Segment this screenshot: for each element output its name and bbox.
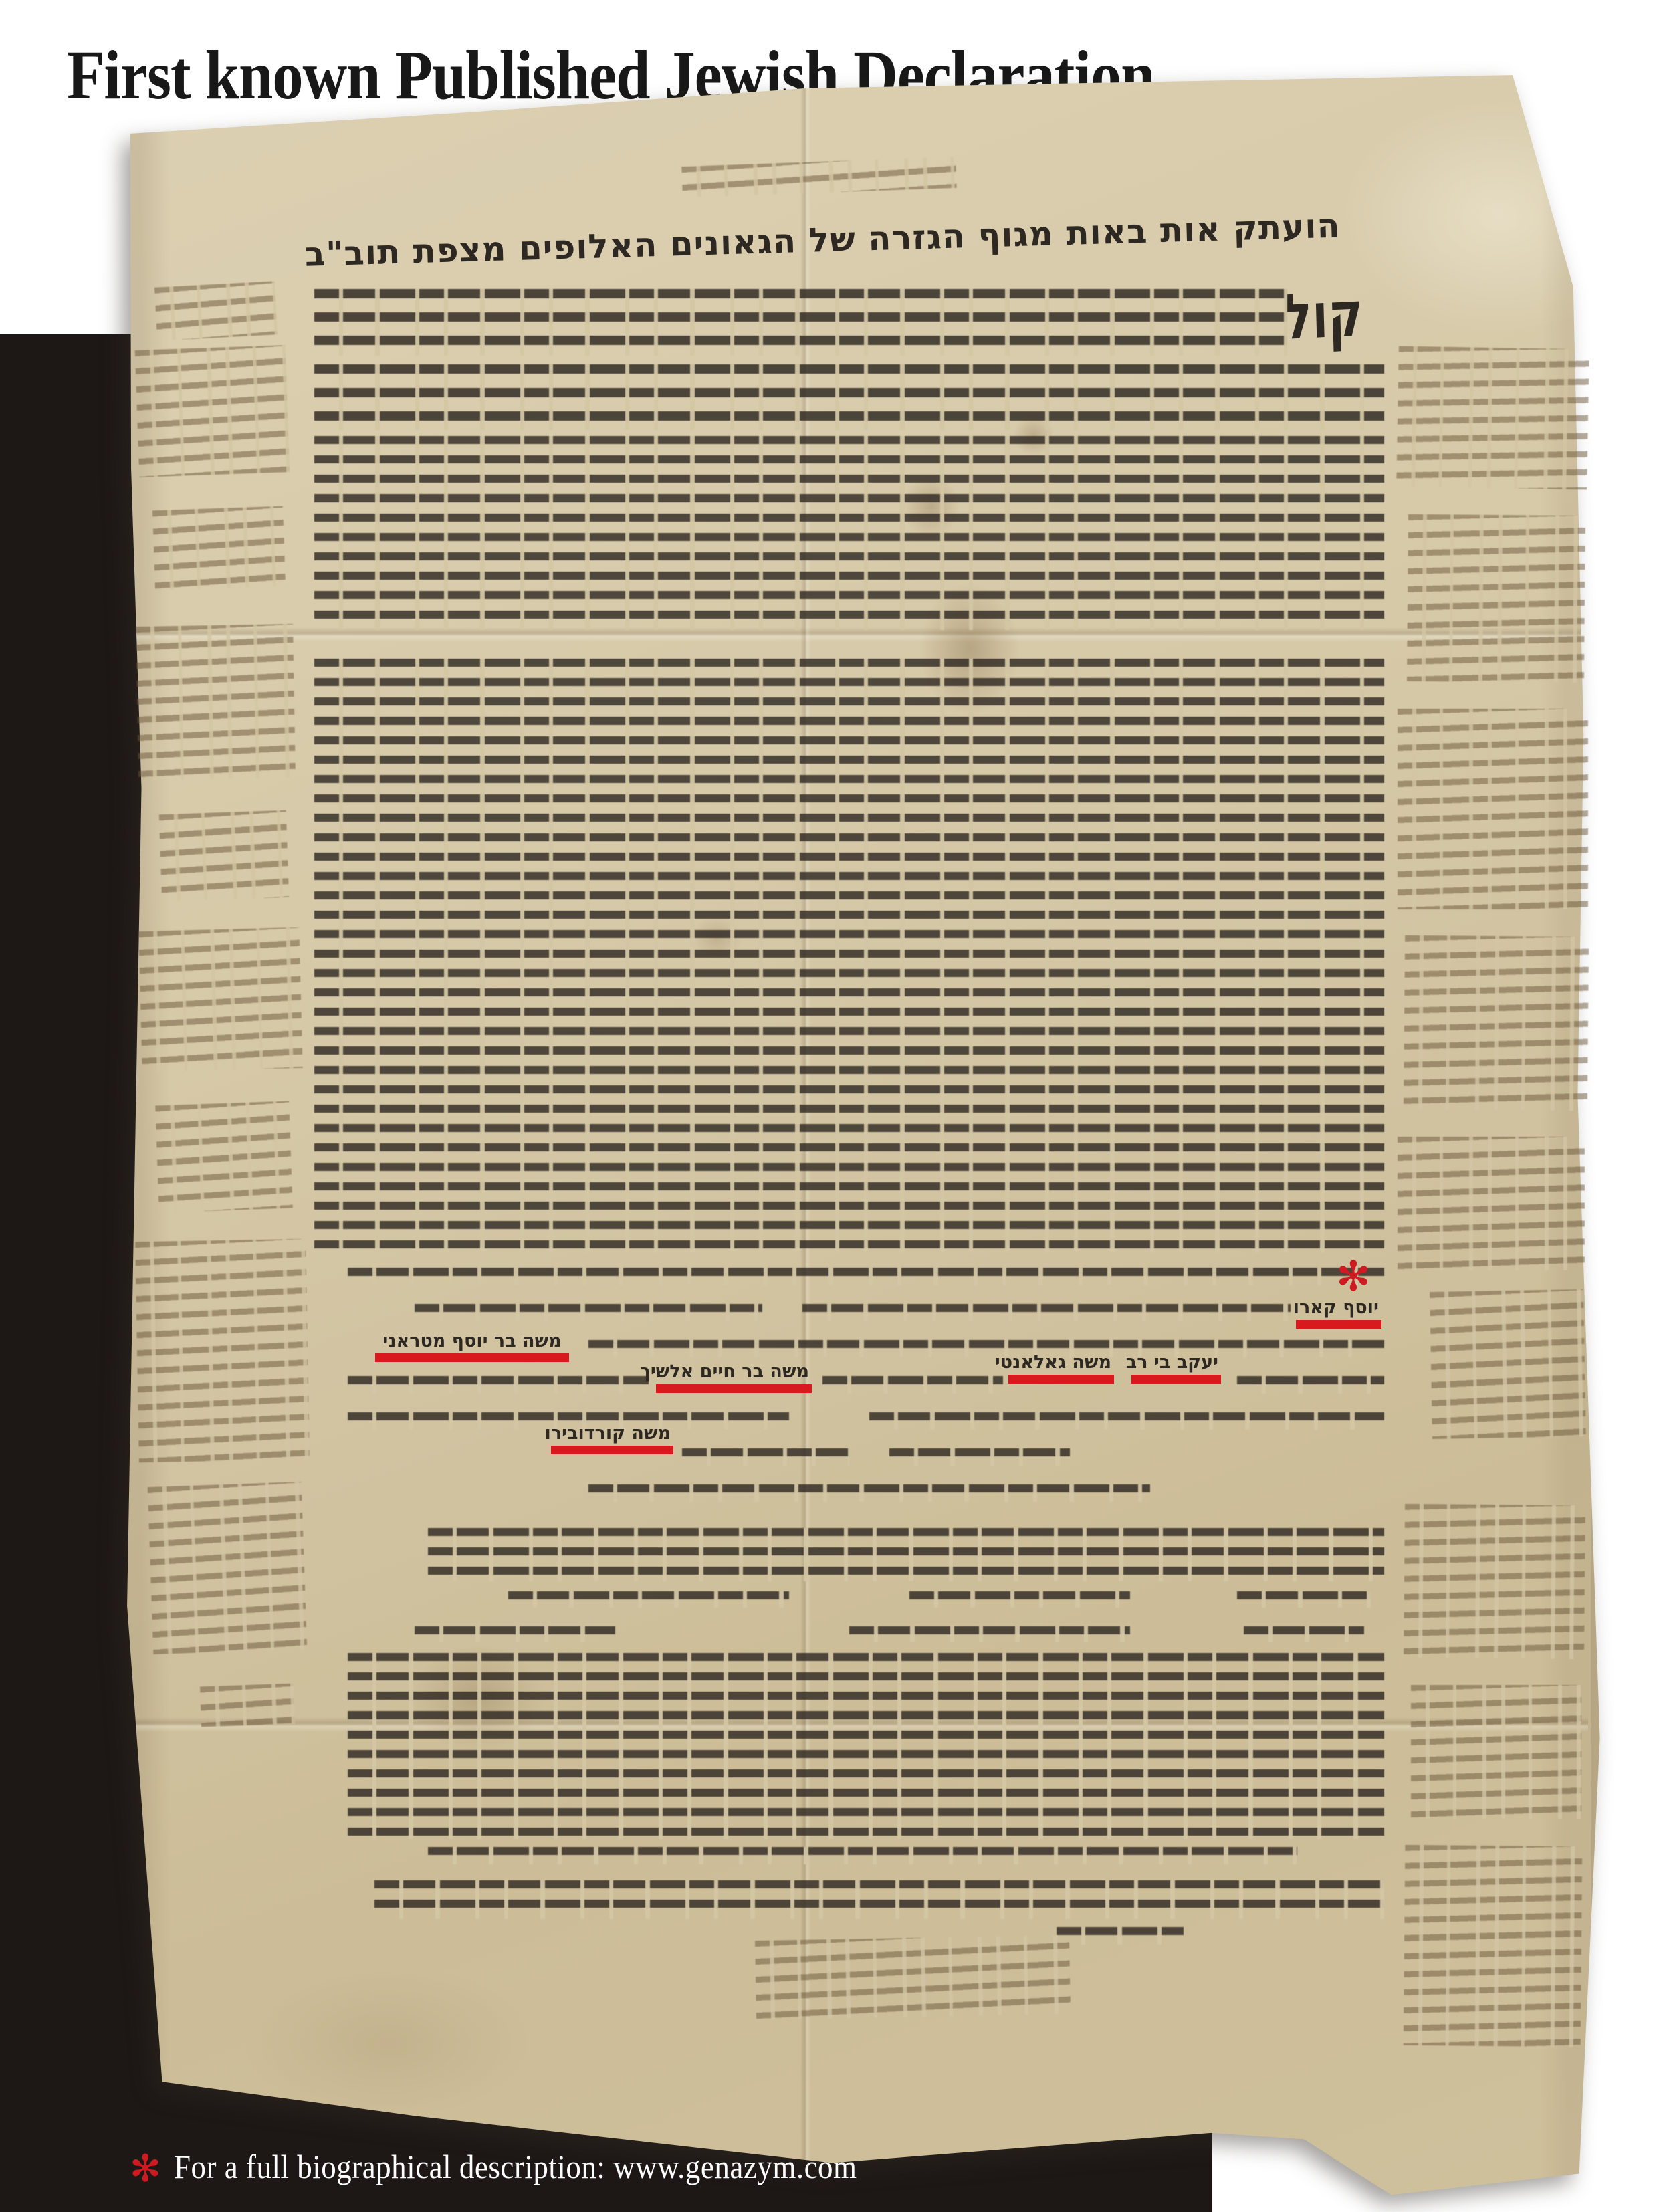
underlined-name-yaakov-berab: יעקב בי רב xyxy=(1134,1352,1218,1373)
printed-text-block xyxy=(1237,1376,1384,1394)
name-text: יעקב בי רב xyxy=(1126,1352,1218,1373)
handwritten-marginalia-block xyxy=(154,281,278,340)
handwritten-marginalia-block xyxy=(138,927,302,1072)
red-underline xyxy=(551,1446,673,1454)
printed-text-block xyxy=(682,1448,849,1466)
printed-text-block xyxy=(348,1653,1384,1839)
underlined-name-moshe-galante: משה גאלאנטי xyxy=(1011,1352,1111,1373)
name-text: משה בר חיים אלשיך xyxy=(640,1361,809,1382)
printed-text-block xyxy=(428,1528,1384,1581)
handwritten-marginalia-block xyxy=(1398,709,1588,909)
printed-text-block xyxy=(314,436,1384,630)
underlined-name-yosef-karo: יוסף קארו xyxy=(1299,1297,1379,1318)
handwritten-marginalia-block xyxy=(1411,1685,1581,1819)
handwritten-marginalia-block xyxy=(1404,1845,1583,2047)
printed-text-block xyxy=(314,364,1384,430)
printed-text-block xyxy=(588,1340,1384,1357)
red-underline xyxy=(656,1384,812,1393)
printed-text-block xyxy=(1237,1591,1371,1608)
footer-asterisk-icon: ✻ xyxy=(130,2150,161,2188)
name-text: משה גאלאנטי xyxy=(995,1352,1111,1373)
printed-text-block xyxy=(348,1376,649,1394)
opening-word-kol: קול xyxy=(1283,278,1363,354)
printed-text-block xyxy=(415,1304,762,1321)
printed-text-block xyxy=(314,659,1384,1252)
handwritten-marginalia-block xyxy=(1407,514,1585,683)
underlined-name-moshe-cordovero: משה קורדובירו xyxy=(554,1423,671,1444)
handwritten-marginalia-block xyxy=(1396,346,1589,490)
printed-text-block xyxy=(889,1448,1070,1466)
handwritten-marginalia-block xyxy=(148,1482,308,1654)
handwritten-marginalia-block xyxy=(135,345,290,477)
printed-text-block xyxy=(1244,1626,1364,1642)
handwritten-marginalia-block xyxy=(159,810,289,902)
red-underline xyxy=(1008,1375,1114,1384)
footer-note: For a full biographical description: www… xyxy=(174,2148,857,2186)
red-underline xyxy=(375,1353,569,1362)
handwritten-marginalia-block xyxy=(1404,1504,1585,1659)
handwritten-marginalia-block xyxy=(200,1684,295,1727)
printed-text-block xyxy=(314,289,1287,356)
handwritten-marginalia-block xyxy=(152,506,286,591)
printed-text-block xyxy=(374,1880,1384,1919)
handwritten-marginalia-block xyxy=(1430,1289,1586,1439)
handwritten-marginalia-block xyxy=(155,1101,292,1213)
handwritten-note-top xyxy=(681,157,956,197)
printed-text-block xyxy=(415,1626,615,1642)
red-underline xyxy=(1296,1320,1381,1329)
red-asterisk-mark: ✻ xyxy=(1336,1256,1371,1297)
document-headline: הועתק אות באות מגוף הגזרה של הגאונים האל… xyxy=(407,207,1341,271)
name-text: משה קורדובירו xyxy=(545,1423,671,1444)
underlined-name-moshe-alshich: משה בר חיים אלשיך xyxy=(659,1361,809,1382)
printed-text-block xyxy=(869,1412,1384,1430)
red-underline xyxy=(1131,1375,1221,1384)
printed-text-block xyxy=(348,1268,1384,1285)
document-content: הועתק אות באות מגוף הגזרה של הגאונים האל… xyxy=(0,0,1659,2212)
printed-text-block xyxy=(428,1847,1297,1864)
printed-text-block xyxy=(909,1591,1130,1608)
handwritten-marginalia-block xyxy=(136,624,296,780)
underlined-name-moshe-mitrani: משה בר יוסף מטראני xyxy=(378,1331,566,1351)
catalog-page: First known Published Jewish Declaration… xyxy=(0,0,1659,2212)
handwritten-marginalia-block xyxy=(135,1239,310,1462)
printed-text-block xyxy=(1057,1927,1184,1945)
name-text: יוסף קארו xyxy=(1293,1297,1379,1318)
handwritten-signature-block xyxy=(755,1935,1071,2019)
handwritten-marginalia-block xyxy=(1404,935,1589,1111)
printed-text-block xyxy=(822,1376,1003,1394)
printed-text-block xyxy=(802,1304,1291,1321)
printed-text-block xyxy=(508,1591,789,1608)
handwritten-marginalia-block xyxy=(1398,1137,1585,1270)
printed-text-block xyxy=(849,1626,1130,1642)
printed-text-block xyxy=(588,1484,1150,1502)
name-text: משה בר יוסף מטראני xyxy=(382,1331,561,1351)
